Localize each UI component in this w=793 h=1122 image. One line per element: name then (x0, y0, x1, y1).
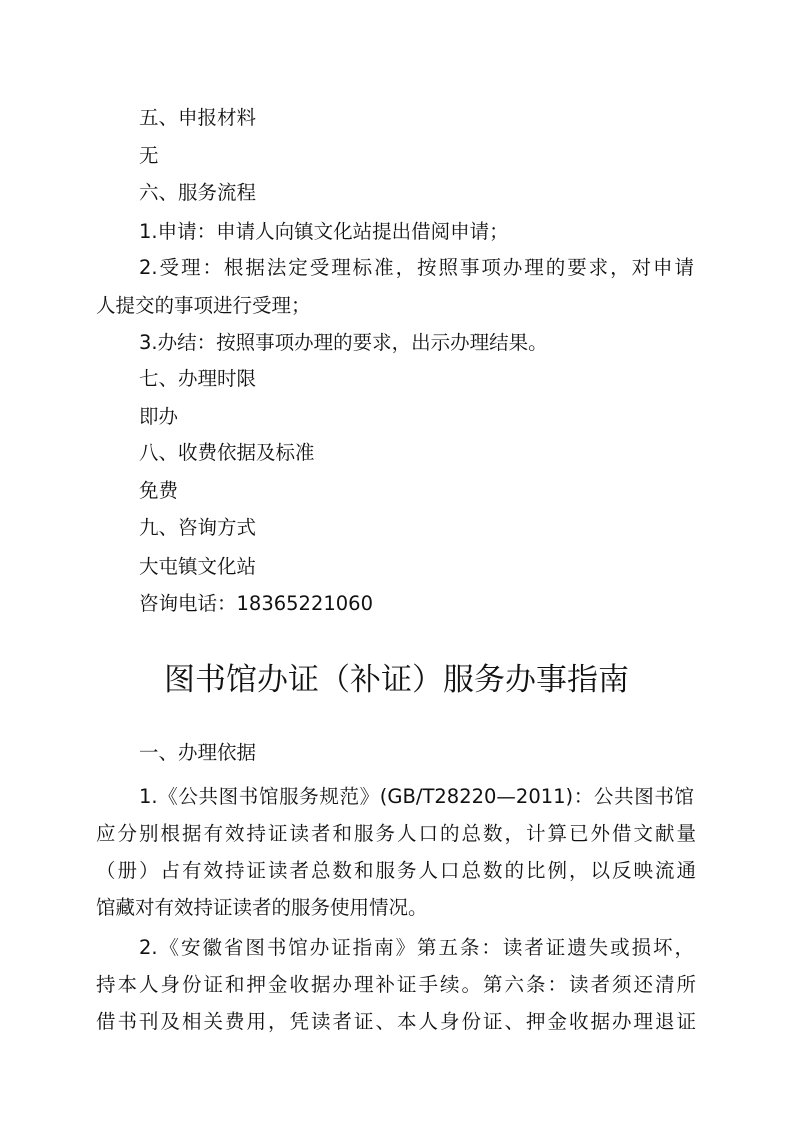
process-heading: 六、服务流程 (139, 181, 256, 205)
basis-1-line-3: （册）占有效持证读者总数和服务人口总数的比例，以反映流通 (96, 859, 696, 883)
contact-heading: 九、咨询方式 (139, 516, 256, 540)
basis-1-line-1: 1.《公共图书馆服务规范》(GB/T28220—2011)：公共图书馆 (139, 785, 694, 809)
fee-value: 免费 (139, 479, 178, 503)
page-title: 图书馆办证（补证）服务办事指南 (0, 660, 793, 700)
time-limit-value: 即办 (139, 405, 178, 429)
process-step-3: 3.办结：按照事项办理的要求，出示办理结果。 (139, 331, 548, 355)
fee-heading: 八、收费依据及标准 (139, 441, 315, 465)
process-step-2: 2.受理：根据法定受理标准，按照事项办理的要求，对申请 (139, 256, 694, 280)
process-step-1: 1.申请：申请人向镇文化站提出借阅申请； (139, 220, 509, 244)
materials-heading: 五、申报材料 (139, 106, 256, 130)
basis-heading: 一、办理依据 (139, 741, 256, 765)
basis-1-line-4: 馆藏对有效持证读者的服务使用情况。 (96, 896, 428, 920)
basis-2-line-2: 持本人身份证和押金收据办理补证手续。第六条：读者须还清所 (96, 973, 696, 997)
basis-2-line-3: 借书刊及相关费用，凭读者证、本人身份证、押金收据办理退证 (96, 1010, 696, 1034)
basis-1-line-2: 应分别根据有效持证读者和服务人口的总数，计算已外借文献量 (96, 822, 696, 846)
contact-org: 大屯镇文化站 (139, 555, 256, 579)
time-limit-heading: 七、办理时限 (139, 367, 256, 391)
materials-value: 无 (139, 144, 159, 168)
contact-phone: 咨询电话：18365221060 (139, 592, 373, 616)
basis-2-line-1: 2.《安徽省图书馆办证指南》第五条：读者证遗失或损坏， (139, 936, 694, 960)
process-step-2-cont: 人提交的事项进行受理； (96, 294, 311, 318)
